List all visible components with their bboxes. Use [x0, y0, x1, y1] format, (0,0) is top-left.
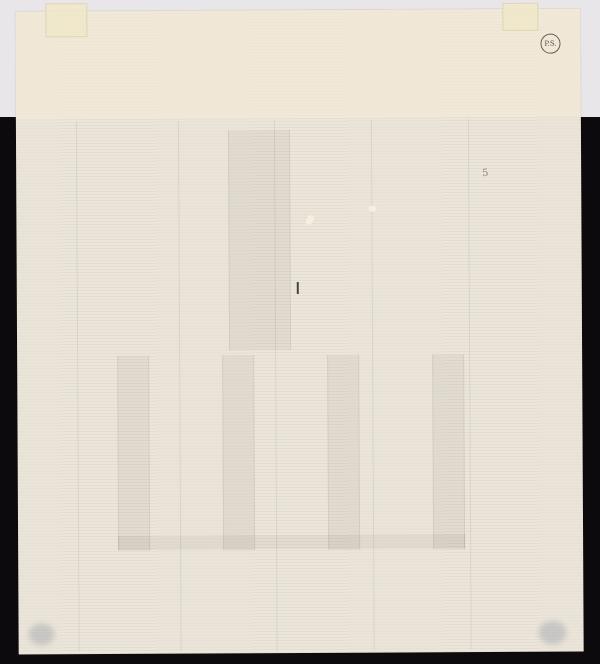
ink-mark — [297, 282, 299, 294]
chain-line — [178, 121, 182, 651]
paper-top-band — [15, 9, 581, 120]
show-through-column — [327, 355, 360, 550]
show-through-column — [222, 355, 255, 550]
paper-speck — [304, 214, 315, 226]
pencil-annotation: 5 — [482, 168, 489, 180]
paper-sheet: P.S. 5 — [15, 9, 583, 655]
chain-line — [468, 119, 472, 649]
show-through-upper-figure — [228, 130, 291, 350]
collection-stamp: P.S. — [540, 34, 560, 54]
show-through-base — [118, 534, 465, 550]
foxing-stain — [29, 623, 55, 645]
chain-line — [76, 121, 80, 651]
tape-strip-left — [45, 3, 87, 37]
chain-line — [371, 120, 375, 650]
show-through-column — [117, 356, 150, 551]
tape-strip-right — [502, 3, 538, 31]
paper-speck — [368, 206, 376, 212]
show-through-column — [432, 354, 465, 549]
foxing-stain — [539, 621, 567, 645]
